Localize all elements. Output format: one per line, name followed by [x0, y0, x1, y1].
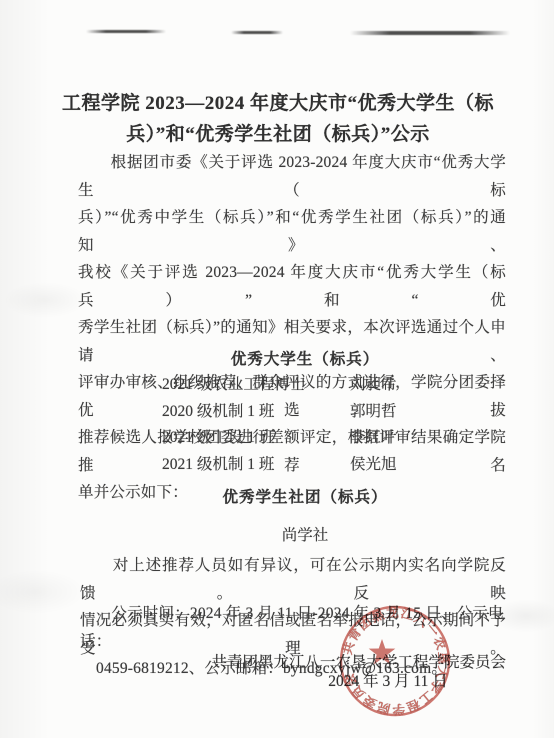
student-row: 2021 级农业工程博士 刘昶希	[162, 372, 397, 399]
student-class: 2021 级机制 1 班	[162, 452, 350, 479]
club-name: 尚学社	[90, 523, 520, 545]
intro-line: 根据团市委《关于评选 2023-2024 年度大庆市“优秀大学生（标	[78, 149, 506, 204]
student-name: 刘昶希	[350, 372, 397, 399]
official-seal: 共青团黑龙江八一农垦大学工程学院委员会	[325, 591, 465, 731]
student-class: 2020 级机制 1 班	[162, 399, 350, 426]
student-name: 郭明哲	[350, 399, 397, 426]
club-section-heading: 优秀学生社团（标兵）	[90, 485, 520, 507]
title-line: 兵）”和“优秀学生社团（标兵）”公示	[62, 119, 494, 150]
student-name: 侯光旭	[350, 452, 397, 479]
student-name: 李红叶	[350, 425, 397, 452]
student-row: 2021 级工设 1 班 李红叶	[162, 425, 397, 452]
announcement-page: 工程学院 2023—2024 年度大庆市“优秀大学生（标 兵）”和“优秀学生社团…	[0, 0, 554, 738]
students-section-heading: 优秀大学生（标兵）	[90, 347, 520, 369]
student-class: 2021 级农业工程博士	[162, 372, 350, 399]
student-class: 2021 级工设 1 班	[162, 425, 350, 452]
intro-line: 我校《关于评选 2023—2024 年度大庆市“优秀大学生（标兵）”和“优	[78, 259, 506, 314]
scan-artifact-line	[231, 31, 283, 34]
seal-ring-text: 共青团黑龙江八一农垦大学工程学院委员会	[339, 605, 451, 718]
scan-artifact-line	[350, 31, 510, 35]
students-list: 2021 级农业工程博士 刘昶希 2020 级机制 1 班 郭明哲 2021 级…	[162, 372, 397, 478]
seal-star-icon	[369, 639, 396, 664]
title-line: 工程学院 2023—2024 年度大庆市“优秀大学生（标	[62, 88, 494, 119]
document-title: 工程学院 2023—2024 年度大庆市“优秀大学生（标 兵）”和“优秀学生社团…	[62, 88, 494, 150]
student-row: 2020 级机制 1 班 郭明哲	[162, 399, 397, 426]
scan-artifact-line	[86, 30, 166, 33]
student-row: 2021 级机制 1 班 侯光旭	[162, 452, 397, 479]
intro-line: 兵）”“优秀中学生（标兵）”和“优秀学生社团（标兵）”的通知》、	[78, 204, 506, 259]
